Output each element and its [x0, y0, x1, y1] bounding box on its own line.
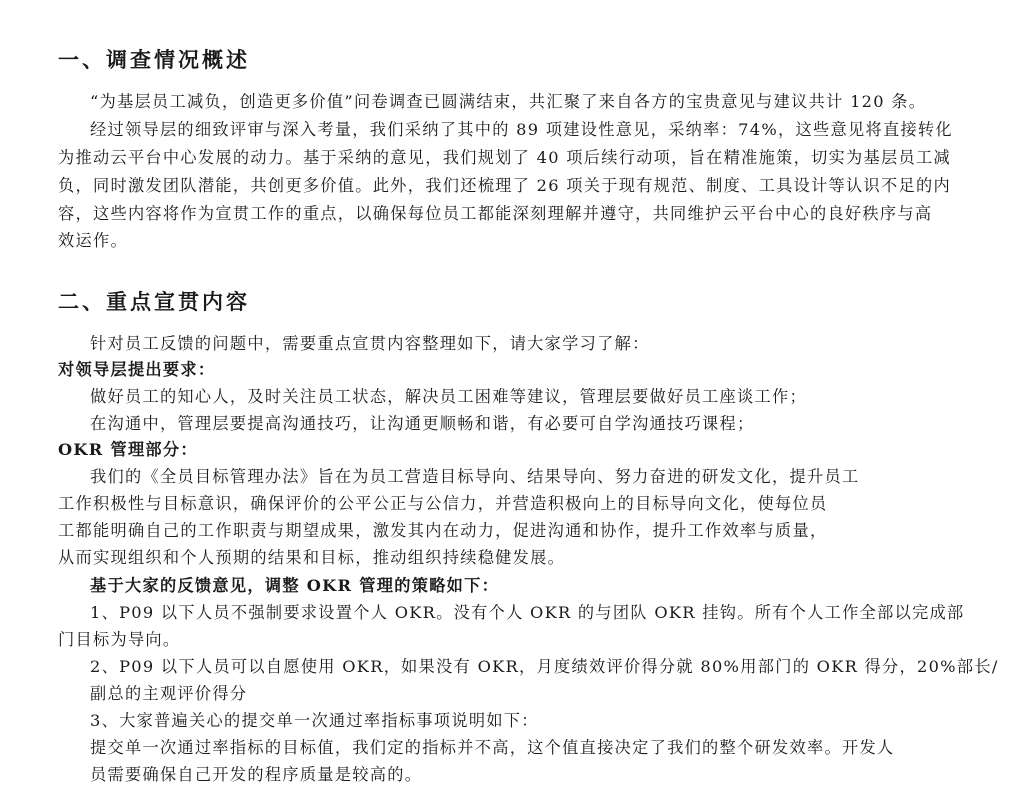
okr-title: OKR 管理部分： — [58, 438, 198, 462]
okr-strategy-title: 基于大家的反馈意见，调整 OKR 管理的策略如下： — [90, 574, 499, 598]
summary-paragraph: “为基层员工减负，创造更多价值”问卷调查已圆满结束，共汇聚了来自各方的宝贵意见与… — [90, 90, 926, 114]
adoption-paragraph-line: 负，同时激发团队潜能，共创更多价值。此外，我们还梳理了 26 项关于现有规范、制… — [58, 174, 951, 198]
adoption-paragraph-line: 效运作。 — [58, 229, 128, 253]
adoption-paragraph-line: 为推动云平台中心发展的动力。基于采纳的意见，我们规划了 40 项后续行动项，旨在… — [58, 146, 951, 170]
adoption-paragraph-line: 容，这些内容将作为宣贯工作的重点，以确保每位员工都能深刻理解并遵守，共同维护云平… — [58, 202, 932, 226]
leadership-title: 对领导层提出要求： — [58, 358, 215, 382]
okr-paragraph-line: 我们的《全员目标管理办法》旨在为员工营造目标导向、结果导向、努力奋进的研发文化，… — [90, 465, 859, 489]
okr-strategy-3-detail: 提交单一次通过率指标的目标值，我们定的指标并不高，这个值直接决定了我们的整个研发… — [90, 736, 894, 760]
okr-paragraph-line: 从而实现组织和个人预期的结果和目标，推动组织持续稳健发展。 — [58, 546, 565, 570]
okr-strategy-3: 3、大家普遍关心的提交单一次通过率指标事项说明如下： — [90, 709, 539, 733]
okr-strategy-1: 1、P09 以下人员不强制要求设置个人 OKR。没有个人 OKR 的与团队 OK… — [90, 601, 965, 625]
okr-paragraph-line: 工都能明确自己的工作职责与期望成果，激发其内在动力，促进沟通和协作，提升工作效率… — [58, 519, 827, 543]
section-2-heading: 二、重点宣贯内容 — [58, 290, 250, 314]
section-2-intro: 针对员工反馈的问题中，需要重点宣贯内容整理如下，请大家学习了解： — [90, 332, 650, 356]
okr-paragraph-line: 工作积极性与目标意识，确保评价的公平公正与公信力，并营造积极向上的目标导向文化，… — [58, 492, 827, 516]
okr-strategy-3-detail: 员需要确保自己开发的程序质量是较高的。 — [90, 763, 422, 787]
section-1-heading: 一、调查情况概述 — [58, 48, 250, 72]
leadership-item: 做好员工的知心人，及时关注员工状态，解决员工困难等建议，管理层要做好员工座谈工作… — [90, 385, 807, 409]
okr-strategy-2-cont: 副总的主观评价得分 — [90, 682, 247, 706]
adoption-paragraph-line: 经过领导层的细致评审与深入考量，我们采纳了其中的 89 项建设性意见，采纳率：7… — [90, 118, 953, 142]
okr-strategy-2: 2、P09 以下人员可以自愿使用 OKR，如果没有 OKR，月度绩效评价得分就 … — [90, 655, 999, 679]
leadership-item: 在沟通中，管理层要提高沟通技巧，让沟通更顺畅和谐，有必要可自学沟通技巧课程； — [90, 412, 755, 436]
okr-strategy-1-cont: 门目标为导向。 — [58, 628, 180, 652]
